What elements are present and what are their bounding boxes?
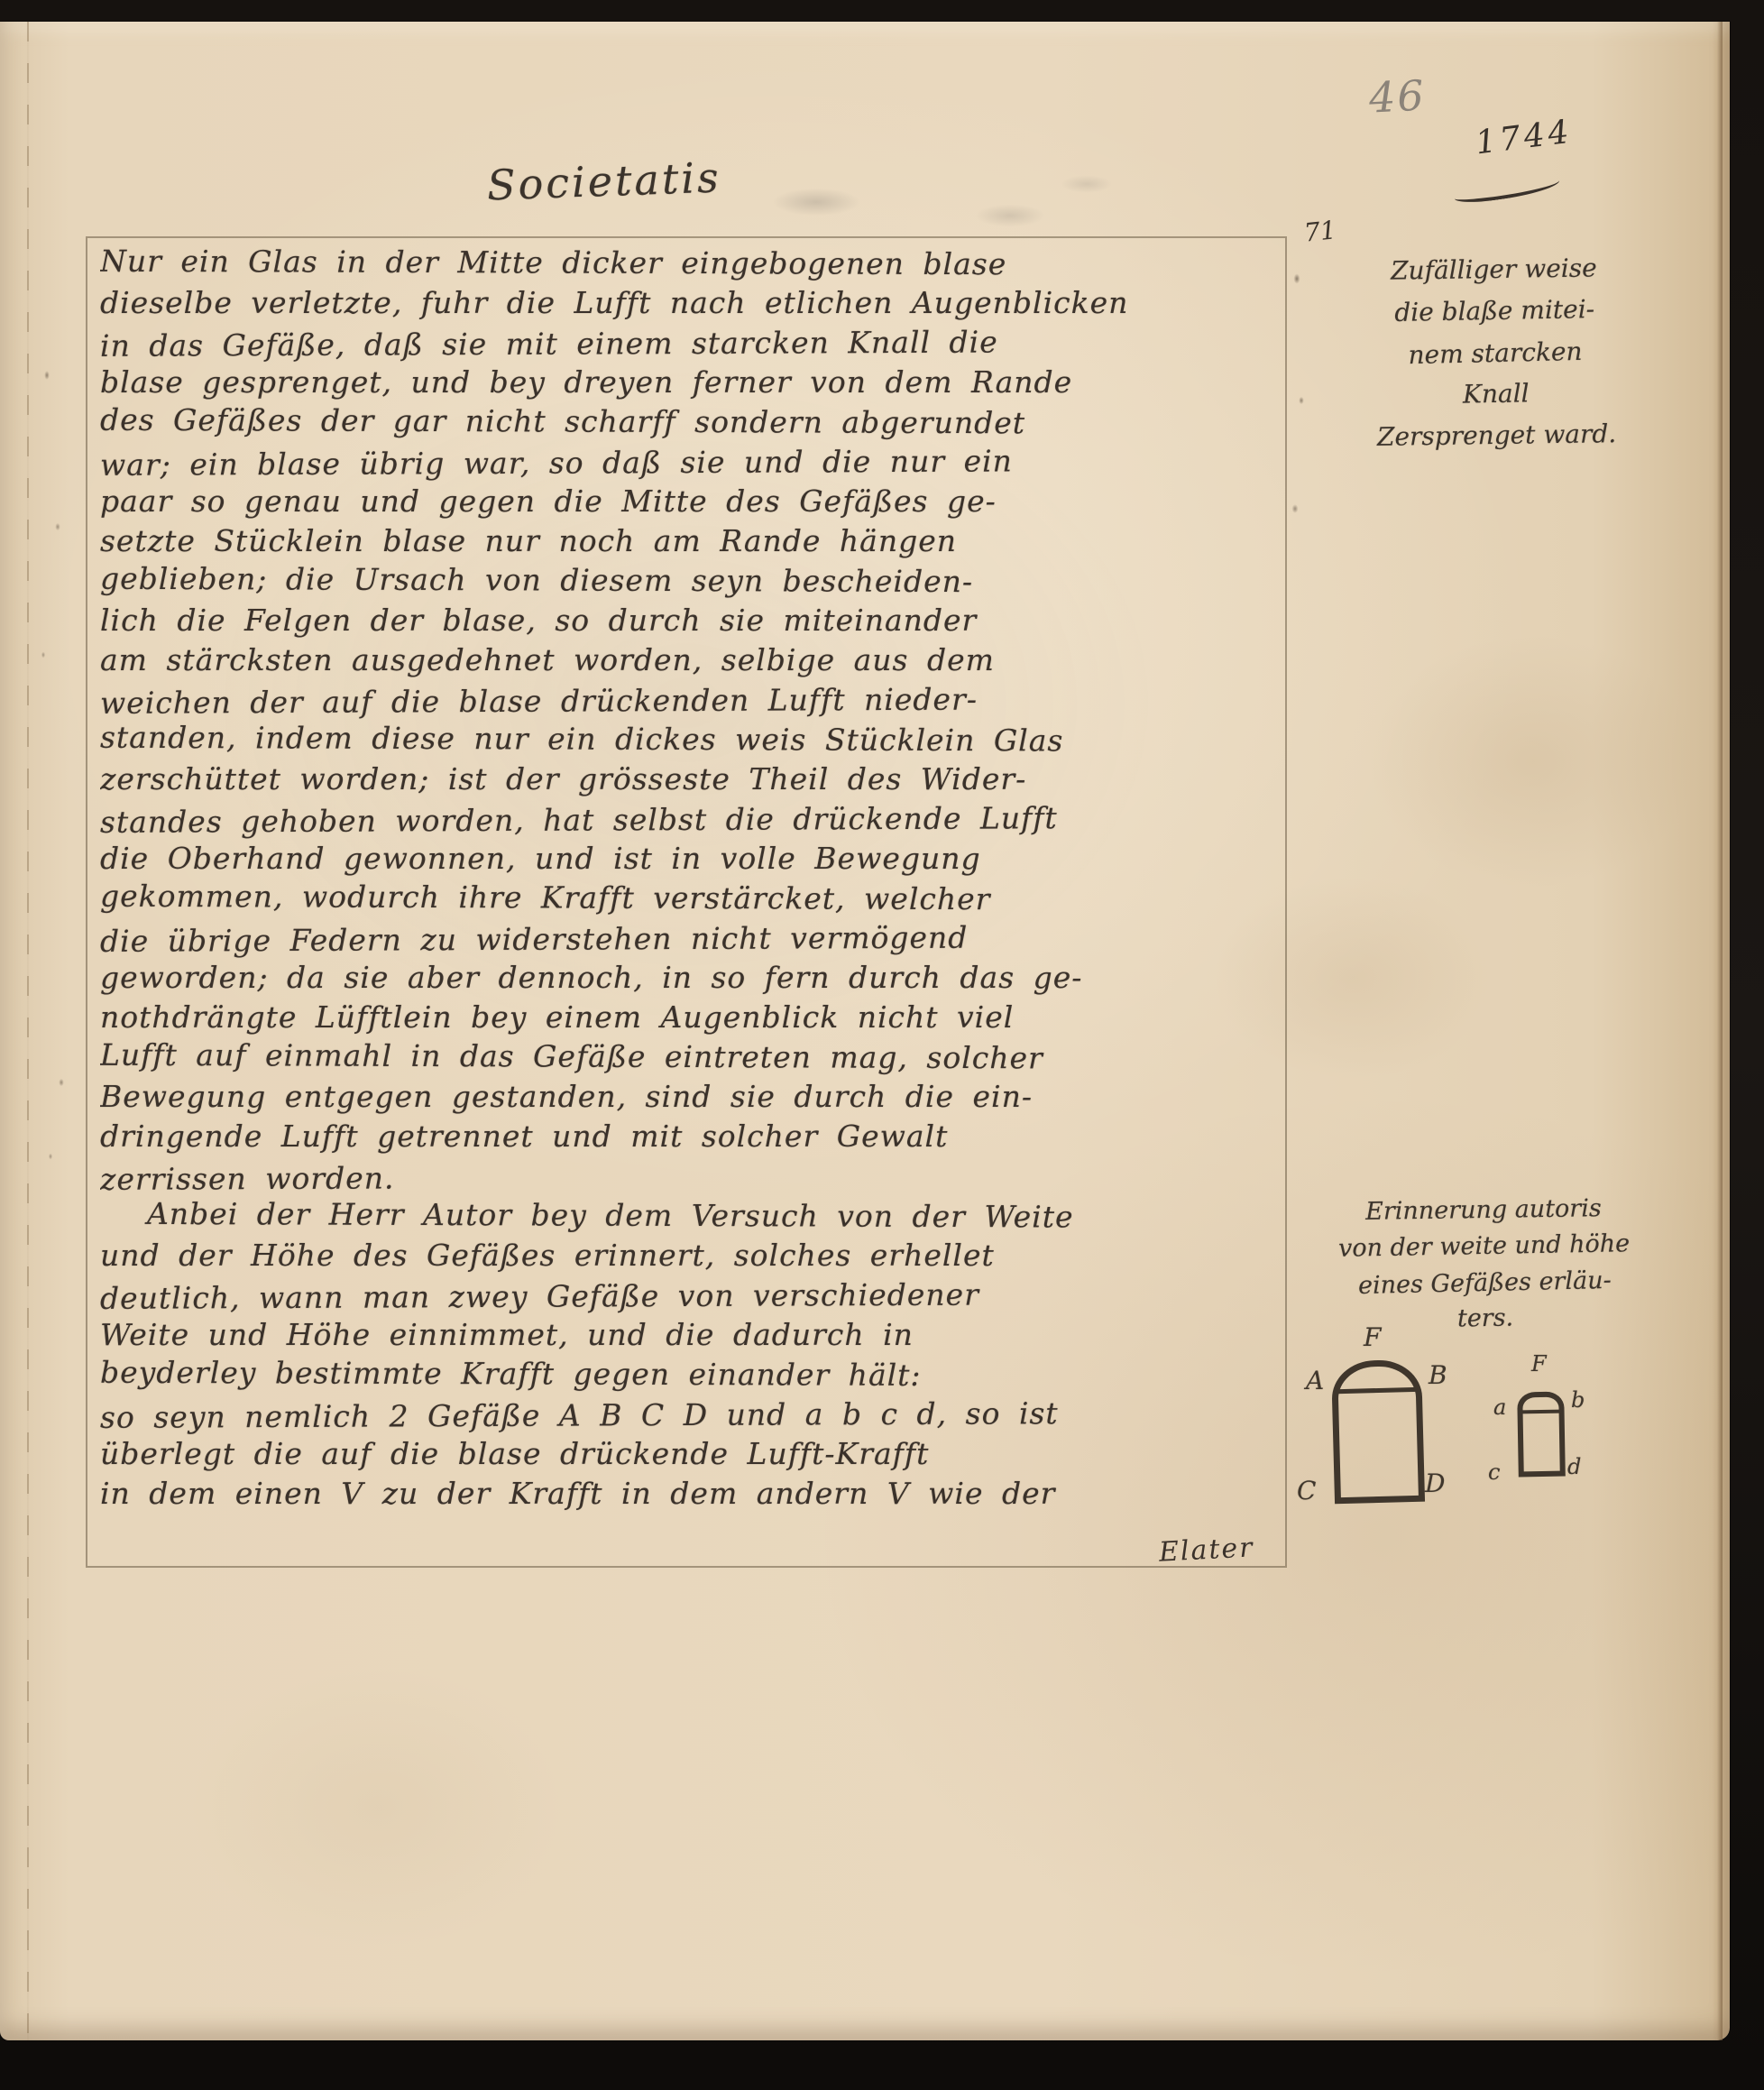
margin-note-line: Zufälliger weise	[1331, 247, 1657, 293]
body-text-line: Anbei der Herr Autor bey dem Versuch von…	[100, 1194, 1274, 1238]
margin-note-line: Zersprenget ward.	[1334, 412, 1659, 458]
catchword: Elater	[1159, 1532, 1255, 1568]
body-text-line: deutlich, wann man zwey Gefäße von versc…	[100, 1274, 1274, 1319]
margin-entry-number: 71	[1302, 215, 1337, 248]
large-vessel-label-right: B	[1429, 1360, 1447, 1390]
small-vessel-label-top: F	[1531, 1351, 1547, 1376]
small-vessel-label-right: b	[1571, 1387, 1585, 1413]
body-text-line: setzte Stücklein blase nur noch am Rande…	[100, 521, 1274, 561]
body-text-line: war; ein blase übrig war, so daß sie und…	[100, 440, 1274, 485]
margin-note-line: nem starcken	[1333, 329, 1658, 378]
body-text-line: des Gefäßes der gar nicht scharff sonder…	[100, 401, 1274, 445]
small-vessel-label-bottom-left: c	[1488, 1459, 1500, 1485]
body-text-line: zerrissen worden.	[100, 1155, 1274, 1200]
body-text-line: am stärcksten ausgedehnet worden, selbig…	[100, 640, 1274, 680]
body-text-line: in das Gefäße, daß sie mit einem starcke…	[100, 321, 1274, 366]
body-text-line: beyderley bestimmte Krafft gegen einande…	[100, 1353, 1274, 1397]
body-text-line: dringende Lufft getrennet und mit solche…	[100, 1117, 1274, 1156]
large-vessel-shoulder-line	[1337, 1387, 1418, 1394]
large-vessel-label-bottom-right: D	[1425, 1469, 1445, 1498]
body-text-line: geworden; da sie aber dennoch, in so fer…	[100, 958, 1274, 998]
margin-note-line: von der weite und höhe	[1294, 1225, 1674, 1267]
page-heading: Societatis	[486, 152, 721, 209]
small-vessel-label-bottom-right: d	[1567, 1454, 1581, 1479]
margin-note-line: Erinnerung autoris	[1294, 1190, 1674, 1231]
body-text-line: Bewegung entgegen gestanden, sind sie du…	[100, 1077, 1274, 1117]
small-vessel-shoulder-line	[1521, 1410, 1561, 1414]
page-right-edge	[1717, 22, 1723, 2040]
body-text-line: Weite und Höhe einnimmet, und die dadurc…	[100, 1315, 1274, 1355]
large-vessel-outline	[1331, 1359, 1425, 1505]
folio-number-pencil: 46	[1368, 70, 1427, 122]
body-text-line: die übrige Federn zu widerstehen nicht v…	[100, 916, 1274, 962]
ruled-text-frame: Nur ein Glas in der Mitte dicker eingebo…	[86, 236, 1287, 1568]
large-vessel-label-left: A	[1306, 1366, 1324, 1395]
body-paragraph-2: Anbei der Herr Autor bey dem Versuch von…	[100, 1196, 1274, 1514]
body-text-line: standes gehoben worden, hat selbst die d…	[100, 797, 1274, 842]
body-text-line: lich die Felgen der blase, so durch sie …	[100, 601, 1274, 640]
body-text-line: nothdrängte Lüfftlein bey einem Augenbli…	[100, 998, 1274, 1037]
body-text-line: dieselbe verletzte, fuhr die Lufft nach …	[100, 283, 1274, 323]
manuscript-page: 46 1744 Societatis 71 Zufälliger weisedi…	[0, 22, 1730, 2040]
body-text-line: in dem einen V zu der Krafft in dem ande…	[100, 1474, 1274, 1514]
photographed-book-page: 46 1744 Societatis 71 Zufälliger weisedi…	[0, 0, 1764, 2090]
margin-note-top: Zufälliger weisedie blaße mitei-nem star…	[1331, 246, 1659, 459]
body-text-line: so seyn nemlich 2 Gefäße A B C D und a b…	[100, 1393, 1274, 1438]
body-text-line: paar so genau und gegen die Mitte des Ge…	[100, 482, 1274, 521]
small-vessel-label-left: a	[1493, 1395, 1506, 1420]
body-text-line: gekommen, wodurch ihre Krafft verstärcke…	[100, 877, 1274, 921]
vessel-diagrams: F A B C D F a b c d	[1290, 1326, 1668, 1570]
body-text: Nur ein Glas in der Mitte dicker eingebo…	[100, 244, 1274, 1561]
large-vessel-label-bottom-left: C	[1297, 1476, 1316, 1505]
body-text-line: Lufft auf einmahl in das Gefäße eintrete…	[100, 1036, 1274, 1080]
body-text-line: und der Höhe des Gefäßes erinnert, solch…	[100, 1236, 1274, 1275]
year-underline-flourish	[1453, 173, 1561, 206]
body-text-line: weichen der auf die blase drückenden Luf…	[100, 678, 1274, 723]
margin-note-line: die blaße mitei-	[1332, 288, 1658, 335]
body-text-line: Nur ein Glas in der Mitte dicker eingebo…	[100, 244, 1274, 285]
small-vessel-outline	[1517, 1392, 1566, 1478]
body-text-line: blase gesprenget, und bey dreyen ferner …	[100, 363, 1274, 402]
year-annotation: 1744	[1474, 114, 1575, 162]
margin-note-bottom: Erinnerung autorisvon der weite und höhe…	[1294, 1189, 1676, 1340]
body-text-line: die Oberhand gewonnen, und ist in volle …	[100, 839, 1274, 879]
body-text-line: überlegt die auf die blase drückende Luf…	[100, 1434, 1274, 1474]
body-paragraph-1: Nur ein Glas in der Mitte dicker eingebo…	[100, 244, 1274, 1196]
body-text-line: standen, indem diese nur ein dickes weis…	[100, 718, 1274, 762]
large-vessel-label-top: F	[1364, 1322, 1381, 1352]
gutter-crease	[27, 22, 29, 2040]
margin-note-line: Knall	[1333, 371, 1658, 418]
body-text-line: geblieben; die Ursach von diesem seyn be…	[100, 559, 1274, 603]
body-text-line: zerschüttet worden; ist der grösseste Th…	[100, 760, 1274, 799]
